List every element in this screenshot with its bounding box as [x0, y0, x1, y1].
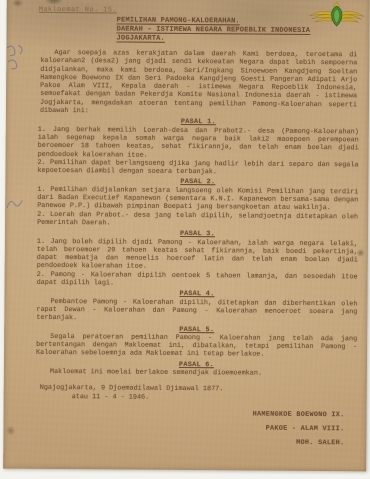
- section-2-item-1: 1. Pemilihan didjalankan setjara langsoe…: [37, 186, 358, 213]
- section-1-item-1: 1. Jang berhak memilih Loerah-desa dan P…: [38, 126, 359, 162]
- document-title-line2: DAERAH - ISTIMEWA NEGARA REPOEBLIK INDON…: [116, 25, 361, 45]
- section-4-item-1: Pembantoe Pamong - Kaloerahan dipilih, d…: [36, 297, 357, 324]
- section-3-item-1: 1. Jang boleh dipilih djadi Pamong - Kal…: [37, 237, 358, 273]
- place-date-line2: atau 11 - 4 - 1946.: [72, 393, 359, 404]
- section-6-item-1: Makloemat ini moelai berlakoe semendjak …: [36, 368, 357, 379]
- section-2-item-2: 2. Loerah dan Prabot.- desa jang telah d…: [37, 210, 358, 229]
- place-and-date: Ngajogjakarta, 9 Djoemadilawal Djimawal …: [40, 384, 359, 403]
- signature-block: HAMENGKOE BOEWONO IX. PAKOE - ALAM VIII.…: [33, 409, 358, 448]
- section-5-item-1: Segala peratoeran pemilihan Pamong - Kal…: [36, 333, 357, 360]
- preamble-paragraph: Agar soepaja azas kerakjatan dalam daera…: [40, 49, 358, 118]
- document-reference-number: Makloemat No. 15.: [39, 6, 117, 15]
- signatory-1: HAMENGKOE BOEWONO IX.: [34, 409, 345, 420]
- handwritten-annotation: [4, 194, 28, 216]
- signatory-3: MOH. SALEH.: [33, 437, 344, 448]
- section-3-item-2: 2. Pamong - Kaloerahan dipilih oentoek 5…: [37, 271, 358, 290]
- aged-paper-sheet: Makloemat No. 15. PEMILIHAN PAMONG-KALOE…: [3, 0, 370, 471]
- section-1-item-2: 2. Pemilihan dapat berlangsoeng djika ja…: [37, 159, 358, 178]
- handwritten-annotation: [4, 42, 30, 76]
- document-title: PEMILIHAN PAMONG-KALOERAHAN. DAERAH - IS…: [116, 16, 361, 45]
- scanned-document-page: { "document": { "ref_no": "Makloemat No.…: [0, 0, 370, 479]
- signatory-2: PAKOE - ALAM VIII.: [33, 423, 344, 434]
